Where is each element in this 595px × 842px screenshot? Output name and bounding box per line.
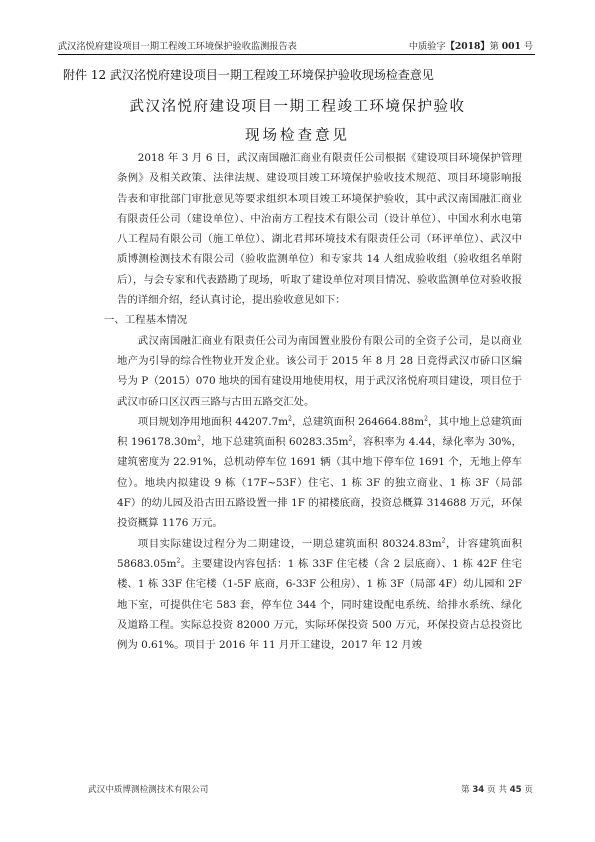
report-serial: 001 <box>502 41 521 52</box>
text-span: ，容积率为 4.44，绿化率为 30%，建筑密度为 22.91%，总机动停车位 … <box>117 436 522 529</box>
intro-paragraph: 2018 年 3 月 6 日，武汉南国融汇商业有限责任公司根据《建设项目环境保护… <box>117 148 522 310</box>
footer-company: 武汉中质博测检测技术有限公司 <box>88 783 208 795</box>
page-mid: 页 共 <box>487 785 507 795</box>
document-title-line2: 现场检查意见 <box>0 124 595 145</box>
report-number-mid: 第 <box>490 41 499 52</box>
text-span: 。主要建设内容包括：1 栋 33F 住宅楼（含 2 层底商）、1 栋 42F 住… <box>117 558 522 651</box>
page-suffix: 页 <box>524 785 533 795</box>
text-span: 项目规划净用地面积 44207.7m <box>138 416 288 428</box>
text-span: ，总建筑面积 264664.88m <box>292 416 424 428</box>
text-span: 项目实际建设过程分为二期建设，一期总建筑面积 80324.83m <box>138 538 442 550</box>
paragraph-company: 武汉南国融汇商业有限责任公司为南国置业股份有限公司的全资子公司，是以商业地产为引… <box>117 331 522 412</box>
annex-title: 附件 12 武汉洺悦府建设项目一期工程竣工环境保护验收现场检查意见 <box>63 66 434 83</box>
page-number: 第 34 页 共 45 页 <box>461 783 533 795</box>
header-divider <box>58 54 535 55</box>
page-prefix: 第 <box>461 785 470 795</box>
report-number-prefix: 中质验字 <box>409 41 446 52</box>
document-body: 2018 年 3 月 6 日，武汉南国融汇商业有限责任公司根据《建设项目环境保护… <box>117 148 522 655</box>
document-title-line1: 武汉洺悦府建设项目一期工程竣工环境保护验收 <box>0 95 595 116</box>
report-number: 中质验字【2018】第 001 号 <box>409 38 533 52</box>
page-total: 45 <box>510 785 522 795</box>
report-number-suffix: 号 <box>524 41 533 52</box>
paragraph-actual-construction: 项目实际建设过程分为二期建设，一期总建筑面积 80324.83m2，计容建筑面积… <box>117 534 522 656</box>
report-year: 【2018】 <box>446 41 490 52</box>
page-current: 34 <box>472 785 484 795</box>
section-heading: 一、工程基本情况 <box>104 310 522 330</box>
text-span: ，地下总建筑面积 60283.35m <box>201 436 349 448</box>
paragraph-planning: 项目规划净用地面积 44207.7m2，总建筑面积 264664.88m2，其中… <box>117 412 522 534</box>
running-header-title: 武汉洺悦府建设项目一期工程竣工环境保护验收监测报告表 <box>58 38 468 52</box>
